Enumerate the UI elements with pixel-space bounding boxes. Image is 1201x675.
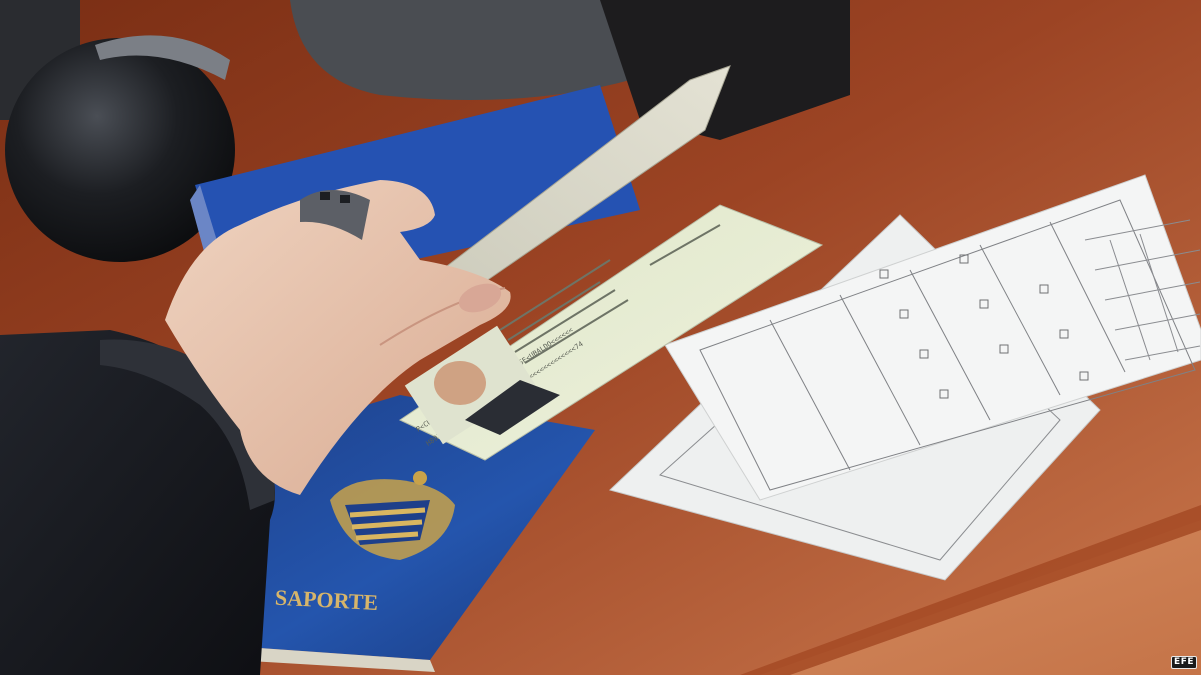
photo-scene: SAPORTE P<CUBQUIJUEROSO<HERNANDEZ<<JOSE<…: [0, 0, 1201, 675]
efe-watermark: EFE: [1171, 656, 1197, 669]
photo-illustration: SAPORTE P<CUBQUIJUEROSO<HERNANDEZ<<JOSE<…: [0, 0, 1201, 675]
